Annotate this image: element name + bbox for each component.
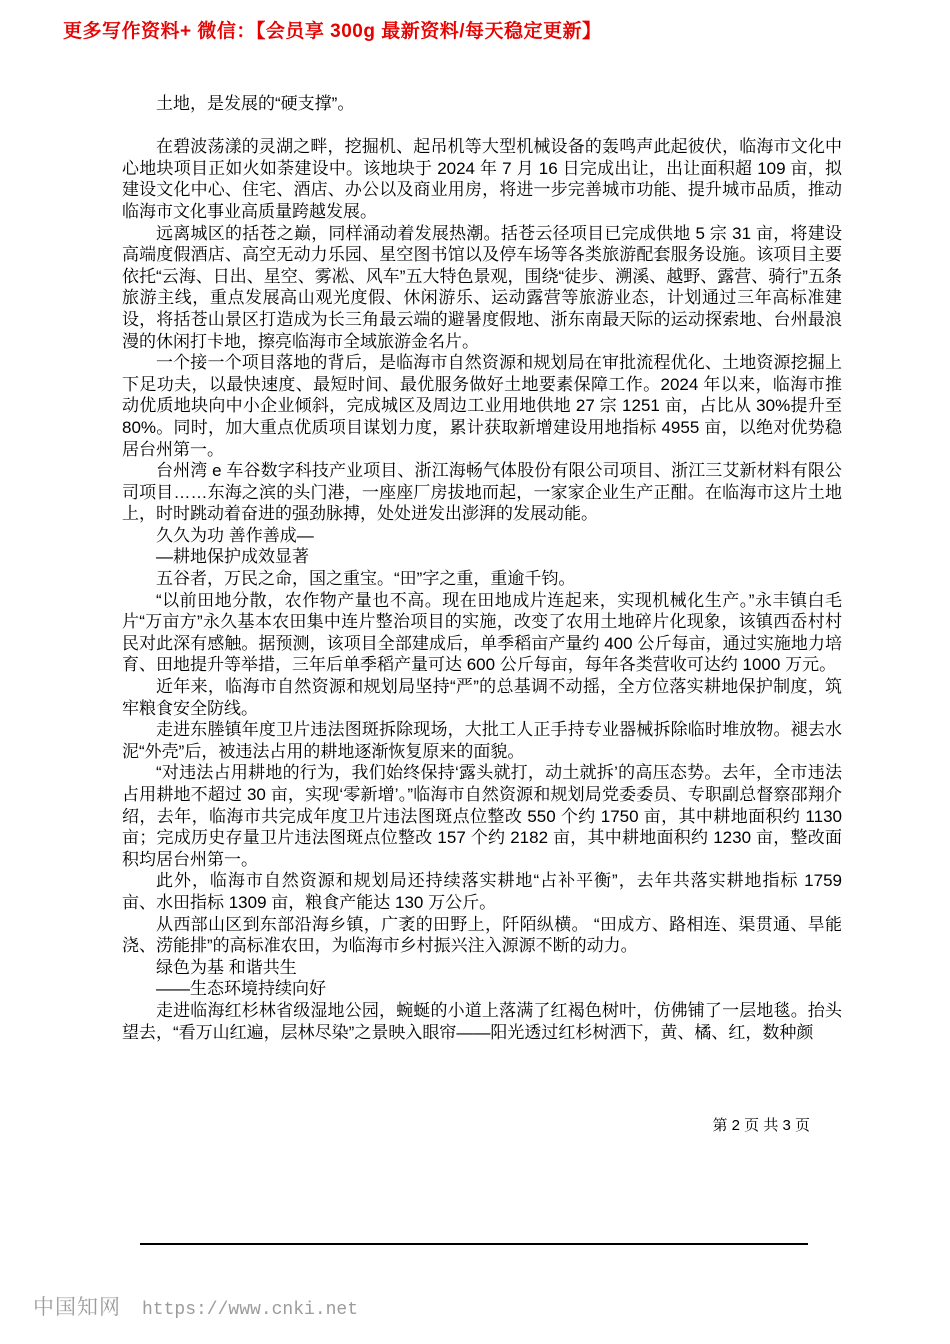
document-body: 土地，是发展的“硬支撑”。 在碧波荡漾的灵湖之畔，挖掘机、起吊机等大型机械设备的… xyxy=(122,93,842,1043)
promo-banner: 更多写作资料+ 微信：【会员享 300g 最新资料/每天稳定更新】 xyxy=(63,16,602,43)
section-heading: 久久为功 善作善成— xyxy=(122,525,842,547)
paragraph: 五谷者，万民之命，国之重宝。“田”字之重，重逾千钧。 xyxy=(122,568,842,590)
paragraph: 此外，临海市自然资源和规划局还持续落实耕地“占补平衡”，去年共落实耕地指标 17… xyxy=(122,870,842,913)
section-subheading: ——生态环境持续向好 xyxy=(122,978,842,1000)
cnki-logo-text: 中国知网 xyxy=(33,1291,121,1321)
paragraph: 近年来，临海市自然资源和规划局坚持“严”的总基调不动摇，全方位落实耕地保护制度，… xyxy=(122,676,842,719)
paragraph: “以前田地分散，农作物产量也不高。现在田地成片连起来，实现机械化生产。”永丰镇白… xyxy=(122,590,842,676)
page-number: 第 2 页 共 3 页 xyxy=(122,1114,810,1135)
section-heading: 绿色为基 和谐共生 xyxy=(122,957,842,979)
paragraph: 在碧波荡漾的灵湖之畔，挖掘机、起吊机等大型机械设备的轰鸣声此起彼伏，临海市文化中… xyxy=(122,136,842,222)
paragraph: “对违法占用耕地的行为，我们始终保持‘露头就打，动土就拆’的高压态势。去年，全市… xyxy=(122,762,842,870)
paragraph: 土地，是发展的“硬支撑”。 xyxy=(122,93,842,115)
paragraph: 从西部山区到东部沿海乡镇，广袤的田野上，阡陌纵横。 “田成方、路相连、渠贯通、旱… xyxy=(122,914,842,957)
cnki-url: https://www.cnki.net xyxy=(142,1300,358,1320)
paragraph: 走进临海红杉林省级湿地公园，蜿蜒的小道上落满了红褐色树叶，仿佛铺了一层地毯。抬头… xyxy=(122,1000,842,1043)
footer-divider xyxy=(140,1243,808,1245)
paragraph: 走进东塍镇年度卫片违法图斑拆除现场，大批工人正手持专业器械拆除临时堆放物。褪去水… xyxy=(122,719,842,762)
cnki-watermark: 中国知网 https://www.cnki.net xyxy=(33,1291,358,1321)
paragraph: 台州湾 e 车谷数字科技产业项目、浙江海畅气体股份有限公司项目、浙江三艾新材料有… xyxy=(122,460,842,525)
section-subheading: —耕地保护成效显著 xyxy=(122,546,842,568)
paragraph: 一个接一个项目落地的背后，是临海市自然资源和规划局在审批流程优化、土地资源挖掘上… xyxy=(122,352,842,460)
document-page: 更多写作资料+ 微信：【会员享 300g 最新资料/每天稳定更新】 土地，是发展… xyxy=(0,0,950,1344)
paragraph: 远离城区的括苍之巅，同样涌动着发展热潮。括苍云径项目已完成供地 5 宗 31 亩… xyxy=(122,223,842,353)
